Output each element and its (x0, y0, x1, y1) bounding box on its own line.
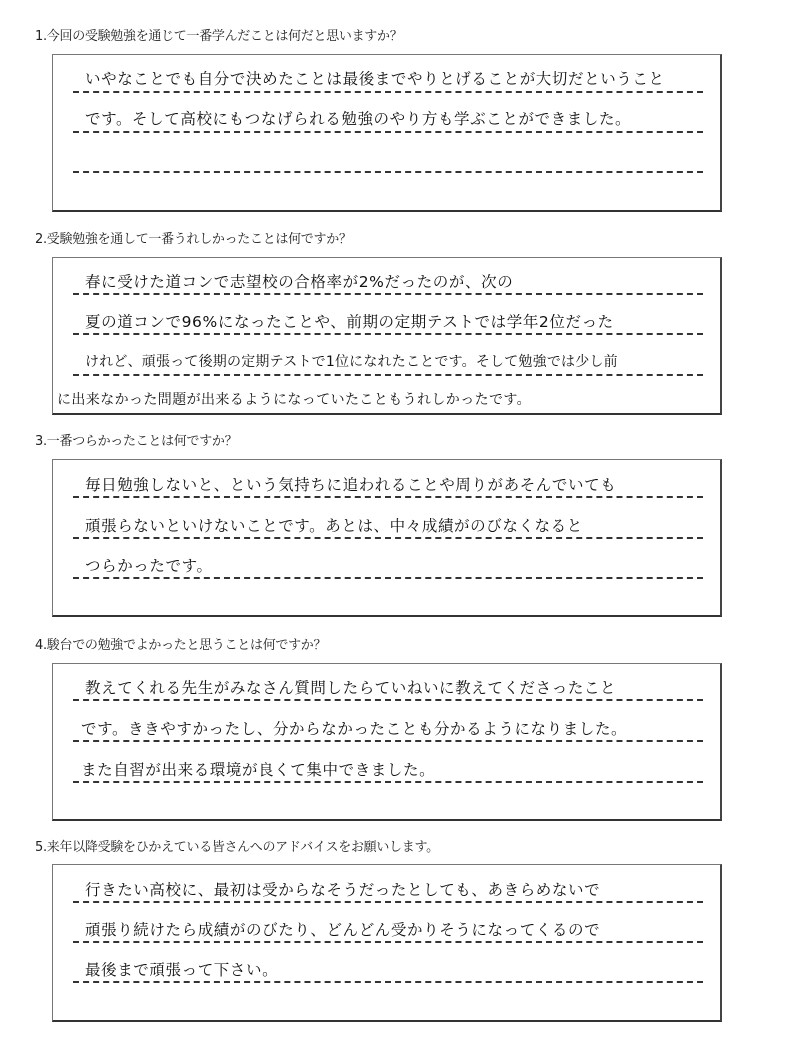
question-3-label: 3.一番つらかったことは何ですか？ (35, 434, 237, 450)
answer-rule (73, 171, 703, 173)
answer-rule (73, 496, 703, 498)
answer-4-line-3: また自習が出来る環境が良くて集中できました。 (81, 760, 435, 780)
answer-2-line-4: に出来なかった問題が出来るようになっていたこともうれしかったです。 (57, 390, 531, 410)
answer-2-line-2: 夏の道コンで96%になったことや、前期の定期テストでは学年2位だった (85, 312, 614, 332)
answer-box-3: 毎日勉強しないと、という気持ちに追われることや周りがあそんでいても 頑張らないと… (52, 459, 722, 617)
answer-rule (73, 131, 703, 133)
question-4-label: 4.駿台での勉強でよかったと思うことは何ですか？ (35, 638, 326, 654)
answer-5-line-3: 最後まで頑張って下さい。 (85, 960, 278, 980)
question-1-label: 1.今回の受験勉強を通じて一番学んだことは何だと思いますか？ (35, 29, 402, 45)
answer-rule (73, 781, 703, 783)
answer-4-line-2: です。ききやすかったし、分からなかったことも分かるようになりました。 (81, 719, 627, 739)
answer-rule (73, 374, 703, 376)
answer-rule (73, 740, 703, 742)
answer-2-line-3: けれど、頑張って後期の定期テストで1位になれたことです。そして勉強では少し前 (85, 352, 618, 372)
answer-3-line-1: 毎日勉強しないと、という気持ちに追われることや周りがあそんでいても (85, 475, 616, 495)
answer-rule (73, 901, 703, 903)
question-2-label: 2.受験勉強を通して一番うれしかったことは何ですか？ (35, 232, 352, 248)
answer-rule (73, 91, 703, 93)
answer-rule (73, 981, 703, 983)
answer-5-line-2: 頑張り続けたら成績がのびたり、どんどん受かりそうになってくるので (85, 920, 600, 940)
answer-rule (73, 699, 703, 701)
answer-3-line-3: つらかったです。 (85, 556, 213, 576)
answer-1-line-1: いやなことでも自分で決めたことは最後までやりとげることが大切だということ (85, 69, 665, 89)
answer-4-line-1: 教えてくれる先生がみなさん質問したらていねいに教えてくださったこと (85, 678, 616, 698)
answer-box-2: 春に受けた道コンで志望校の合格率が2%だったのが、次の 夏の道コンで96%になっ… (52, 257, 722, 415)
answer-box-1: いやなことでも自分で決めたことは最後までやりとげることが大切だということ です。… (52, 54, 722, 212)
answer-1-line-2: です。そして高校にもつなげられる勉強のやり方も学ぶことができました。 (85, 109, 631, 129)
answer-5-line-1: 行きたい高校に、最初は受からなそうだったとしても、あきらめないで (85, 880, 600, 900)
answer-rule (73, 577, 703, 579)
answer-3-line-2: 頑張らないといけないことです。あとは、中々成績がのびなくなると (85, 516, 583, 536)
answer-box-5: 行きたい高校に、最初は受からなそうだったとしても、あきらめないで 頑張り続けたら… (52, 864, 722, 1022)
answer-box-4: 教えてくれる先生がみなさん質問したらていねいに教えてくださったこと です。ききや… (52, 663, 722, 821)
answer-rule (73, 333, 703, 335)
answer-rule (73, 941, 703, 943)
answer-2-line-1: 春に受けた道コンで志望校の合格率が2%だったのが、次の (85, 272, 513, 292)
answer-rule (73, 537, 703, 539)
question-5-label: 5.来年以降受験をひかえている皆さんへのアドバイスをお願いします。 (35, 840, 439, 856)
answer-rule (73, 293, 703, 295)
